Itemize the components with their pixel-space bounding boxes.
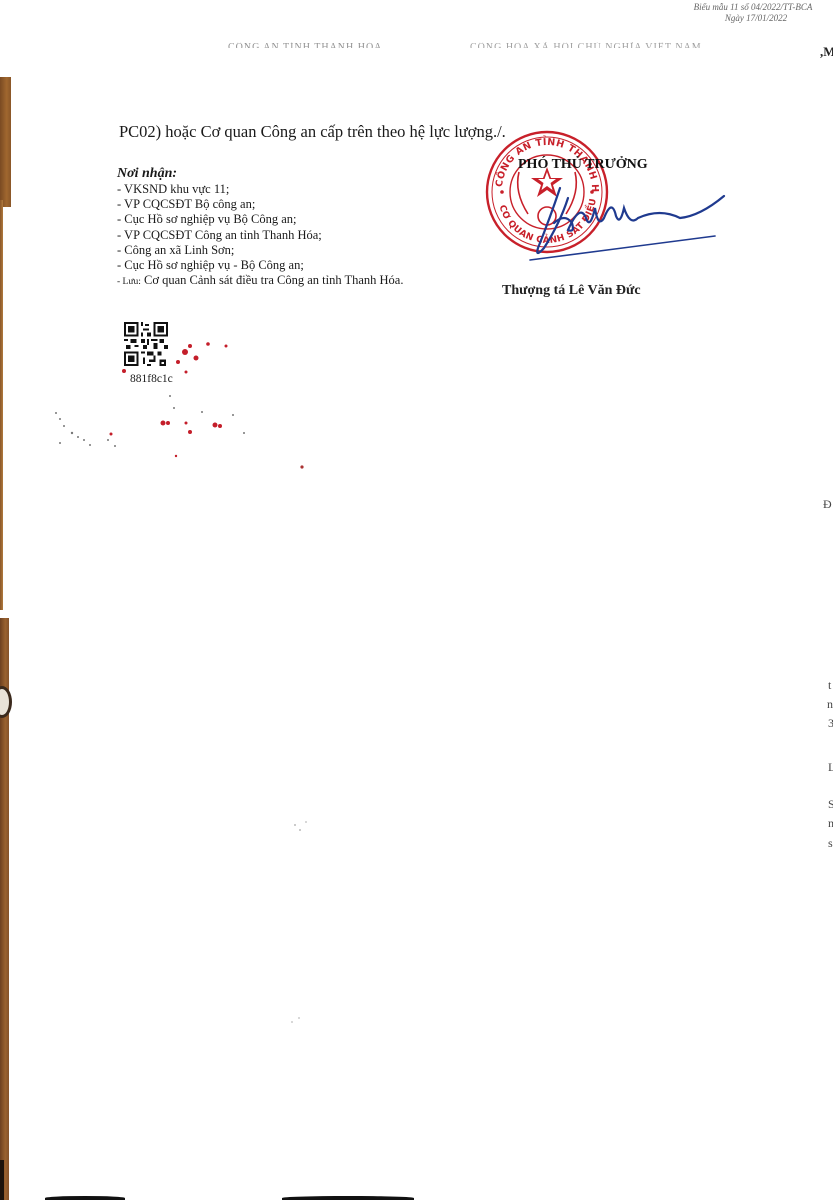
signer-position: PHÓ THỦ TRƯỞNG bbox=[518, 157, 648, 173]
handwritten-signature-icon bbox=[520, 178, 730, 268]
